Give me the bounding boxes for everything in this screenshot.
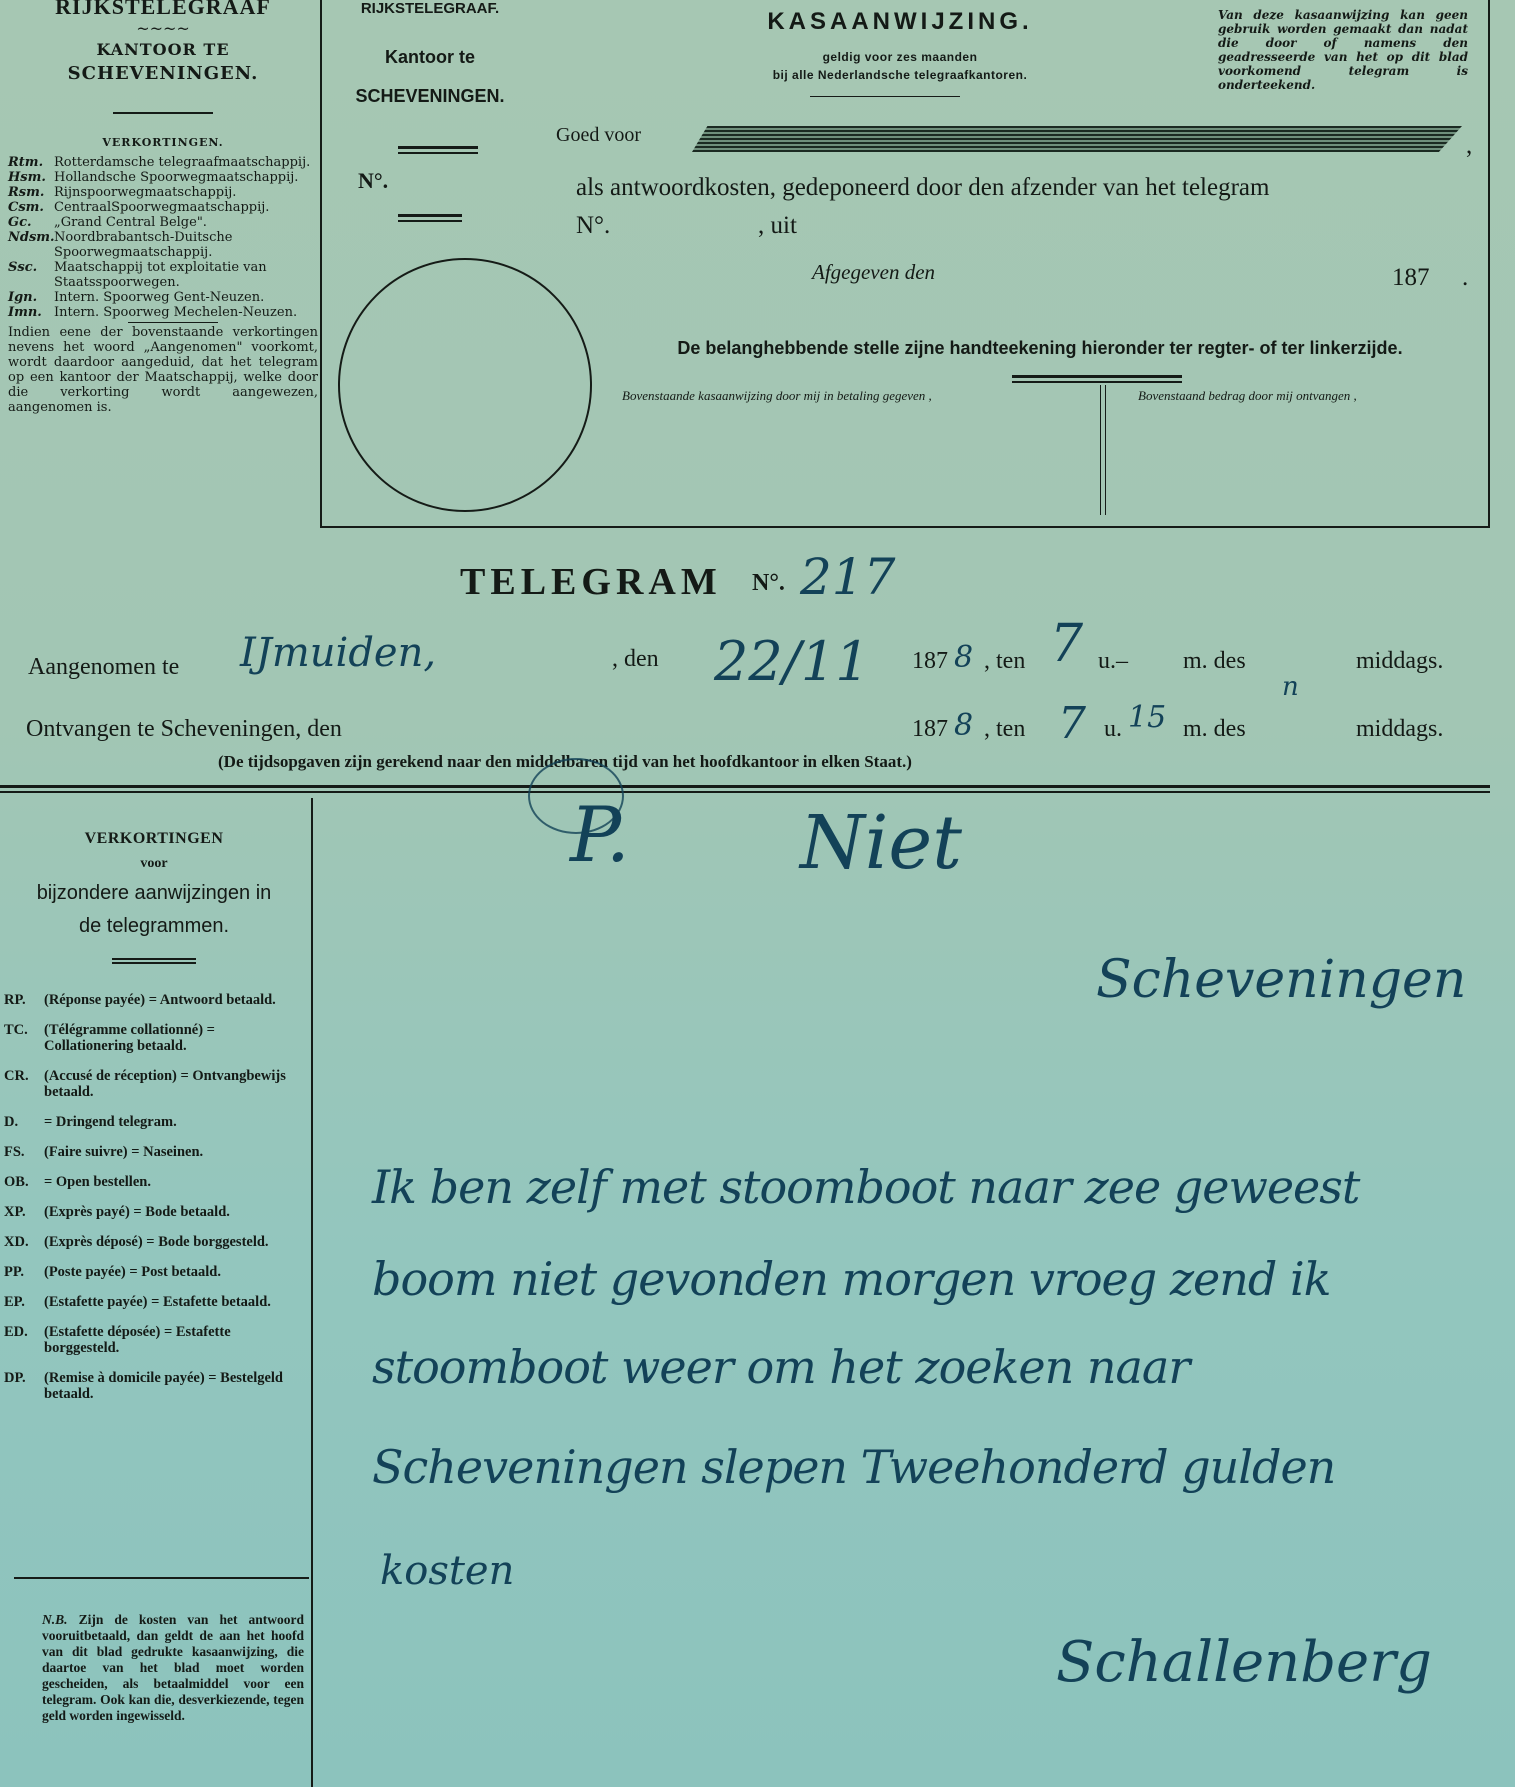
telegram-number-value: 217 — [800, 548, 895, 606]
voucher-subtitle: geldig voor zes maanden bij alle Nederla… — [640, 48, 1160, 84]
telegram-header-bottom-rule — [0, 785, 1490, 793]
accepted-year-prefix: 187 — [912, 648, 948, 675]
received-n-mark: n — [1282, 672, 1299, 702]
message-addressee: Niet — [800, 800, 962, 886]
telegram-title: TELEGRAM — [460, 560, 722, 604]
code-item: RP.(Réponse payée) = Antwoord betaald. — [4, 992, 304, 1008]
message-signature: Schallenberg — [1056, 1630, 1432, 1695]
abbreviation-item: Rsm.Rijnspoorwegmaatschappij. — [8, 185, 318, 200]
received-u: u. — [1104, 716, 1122, 743]
special-codes-heading-line4: de telegrammen. — [4, 915, 304, 938]
rijkstelegraaf-heading: RIJKSTELEGRAAF — [8, 0, 318, 20]
abbreviation-item: Ndsm.Noordbrabantsch-Duitsche Spoorwegma… — [8, 230, 318, 260]
voucher-office-title: RIJKSTELEGRAAF. — [330, 0, 530, 17]
received-year-digit: 8 — [954, 708, 973, 743]
office-info-column: RIJKSTELEGRAAF ~~~~ KANTOOR TE SCHEVENIN… — [8, 0, 318, 415]
bottom-left-column-divider — [311, 798, 313, 1787]
divider — [113, 112, 213, 114]
received-hour: 7 — [1058, 698, 1086, 749]
abbreviations-note: Indien eene der bovenstaande verkortinge… — [8, 325, 318, 415]
received-minutes: 15 — [1128, 700, 1166, 735]
message-destination: Scheveningen — [1096, 950, 1466, 1010]
code-item: D.= Dringend telegram. — [4, 1114, 304, 1130]
issued-period: . — [1462, 264, 1468, 292]
received-ten: , ten — [984, 716, 1025, 743]
voucher-office-label: Kantoor te — [330, 47, 530, 68]
divider — [398, 146, 478, 154]
message-line: stoomboot weer om het zoeken naar — [372, 1340, 1189, 1394]
accepted-ten: , ten — [984, 648, 1025, 675]
received-middags: middags. — [1356, 716, 1443, 743]
special-codes-heading-line3: bijzondere aanwijzingen in — [4, 882, 304, 905]
kasaanwijzing-right-border — [1488, 0, 1490, 528]
accepted-place: IJmuiden, — [240, 630, 436, 676]
code-item: DP.(Remise à domicile payée) = Bestelgel… — [4, 1370, 304, 1402]
accepted-year-digit: 8 — [954, 640, 973, 675]
divider — [112, 958, 196, 964]
telegram-number-label: N°. — [752, 570, 785, 597]
divider — [128, 322, 218, 323]
signature-split-bar — [1012, 375, 1182, 383]
code-item: EP.(Estafette payée) = Estafette betaald… — [4, 1294, 304, 1310]
abbreviation-item: Csm.CentraalSpoorwegmaatschappij. — [8, 200, 318, 215]
goed-voor-comma: , — [1466, 132, 1472, 160]
ornament: ~~~~ — [8, 24, 318, 34]
abbreviation-item: Ign.Intern. Spoorweg Gent-Neuzen. — [8, 290, 318, 305]
top-left-column-divider — [320, 0, 322, 528]
nb-top-rule — [14, 1577, 309, 1579]
message-line: Scheveningen slepen Tweehonderd gulden — [372, 1440, 1335, 1494]
abbreviation-item: Gc.„Grand Central Belge". — [8, 215, 318, 230]
special-codes-heading-voor: voor — [4, 856, 304, 872]
amount-guilloche-bar — [692, 126, 1462, 152]
date-value: 22/11 — [714, 630, 870, 693]
abbreviations-list: Rtm.Rotterdamsche telegraafmaatschappij.… — [8, 155, 318, 320]
accepted-u: u.– — [1098, 648, 1128, 675]
special-codes-column: VERKORTINGEN voor bijzondere aanwijzinge… — [4, 830, 304, 1416]
code-item: ED.(Estafette déposée) = Estafette borgg… — [4, 1324, 304, 1356]
accepted-den: , den — [612, 646, 659, 673]
voucher-office-block: RIJKSTELEGRAAF. Kantoor te SCHEVENINGEN. — [330, 0, 530, 107]
kasaanwijzing-bottom-border — [320, 526, 1490, 528]
stamp-circle — [338, 258, 592, 512]
special-codes-heading: VERKORTINGEN — [4, 830, 304, 848]
message-line: Ik ben zelf met stoomboot naar zee gewee… — [372, 1160, 1359, 1214]
received-m-des: m. des — [1183, 716, 1246, 743]
issued-label: Afgegeven den — [812, 260, 935, 285]
voucher-title: KASAANWIJZING. — [680, 8, 1120, 36]
received-amount-label: Bovenstaand bedrag door mij ontvangen , — [1138, 388, 1357, 404]
code-item: PP.(Poste payée) = Post betaald. — [4, 1264, 304, 1280]
code-item: XP.(Exprès payé) = Bode betaald. — [4, 1204, 304, 1220]
nb-text: Zijn de kosten van het antwoord vooruitb… — [42, 1612, 304, 1723]
accepted-middags: middags. — [1356, 648, 1443, 675]
code-item: OB.= Open bestellen. — [4, 1174, 304, 1190]
voucher-number-label: N°. — [358, 168, 388, 194]
accepted-m-des: m. des — [1183, 648, 1246, 675]
code-item: FS.(Faire suivre) = Naseinen. — [4, 1144, 304, 1160]
nb-label: N.B. — [42, 1612, 68, 1627]
abbreviations-heading: VERKORTINGEN. — [8, 136, 318, 149]
ref-number-label: N°. — [576, 212, 610, 240]
goed-voor-label: Goed voor — [556, 124, 641, 147]
abbreviation-item: Hsm.Hollandsche Spoorwegmaatschappij. — [8, 170, 318, 185]
prefix-loop-circle — [528, 758, 624, 834]
voucher-office-place: SCHEVENINGEN. — [330, 86, 530, 107]
received-year-prefix: 187 — [912, 716, 948, 743]
office-place: SCHEVENINGEN. — [8, 63, 318, 84]
signature-field-left[interactable] — [622, 412, 1092, 512]
code-item: TC.(Télégramme collationné) = Collatione… — [4, 1022, 304, 1054]
signature-split-divider — [1100, 385, 1106, 515]
code-item: CR.(Accusé de réception) = Ontvangbewijs… — [4, 1068, 304, 1100]
abbreviation-item: Imn.Intern. Spoorweg Mechelen-Neuzen. — [8, 305, 318, 320]
message-line: kosten — [380, 1548, 514, 1594]
accepted-hour: 7 — [1050, 614, 1083, 674]
message-line: boom niet gevonden morgen vroeg zend ik — [372, 1252, 1331, 1306]
office-label: KANTOOR TE — [8, 40, 318, 59]
divider — [810, 96, 960, 97]
signature-instruction: De belanghebbende stelle zijne handteeke… — [640, 338, 1440, 359]
ref-from-label: , uit — [758, 212, 797, 240]
received-label: Ontvangen te Scheveningen, den — [26, 716, 342, 743]
special-codes-list: RP.(Réponse payée) = Antwoord betaald. T… — [4, 992, 304, 1402]
signature-field-right[interactable] — [1112, 412, 1482, 512]
code-item: XD.(Exprès déposé) = Bode borggesteld. — [4, 1234, 304, 1250]
deposit-text: als antwoordkosten, gedeponeerd door den… — [576, 174, 1269, 202]
abbreviation-item: Ssc.Maatschappij tot exploitatie van Sta… — [8, 260, 318, 290]
abbreviation-item: Rtm.Rotterdamsche telegraafmaatschappij. — [8, 155, 318, 170]
divider — [398, 214, 462, 222]
accepted-label: Aangenomen te — [28, 654, 179, 681]
nb-note: N.B. Zijn de kosten van het antwoord voo… — [42, 1612, 304, 1724]
paid-out-label: Bovenstaande kasaanwijzing door mij in b… — [622, 388, 932, 404]
voucher-usage-note: Van deze kasaanwijzing kan geen gebruik … — [1218, 8, 1468, 92]
issued-year: 187 — [1392, 264, 1430, 292]
